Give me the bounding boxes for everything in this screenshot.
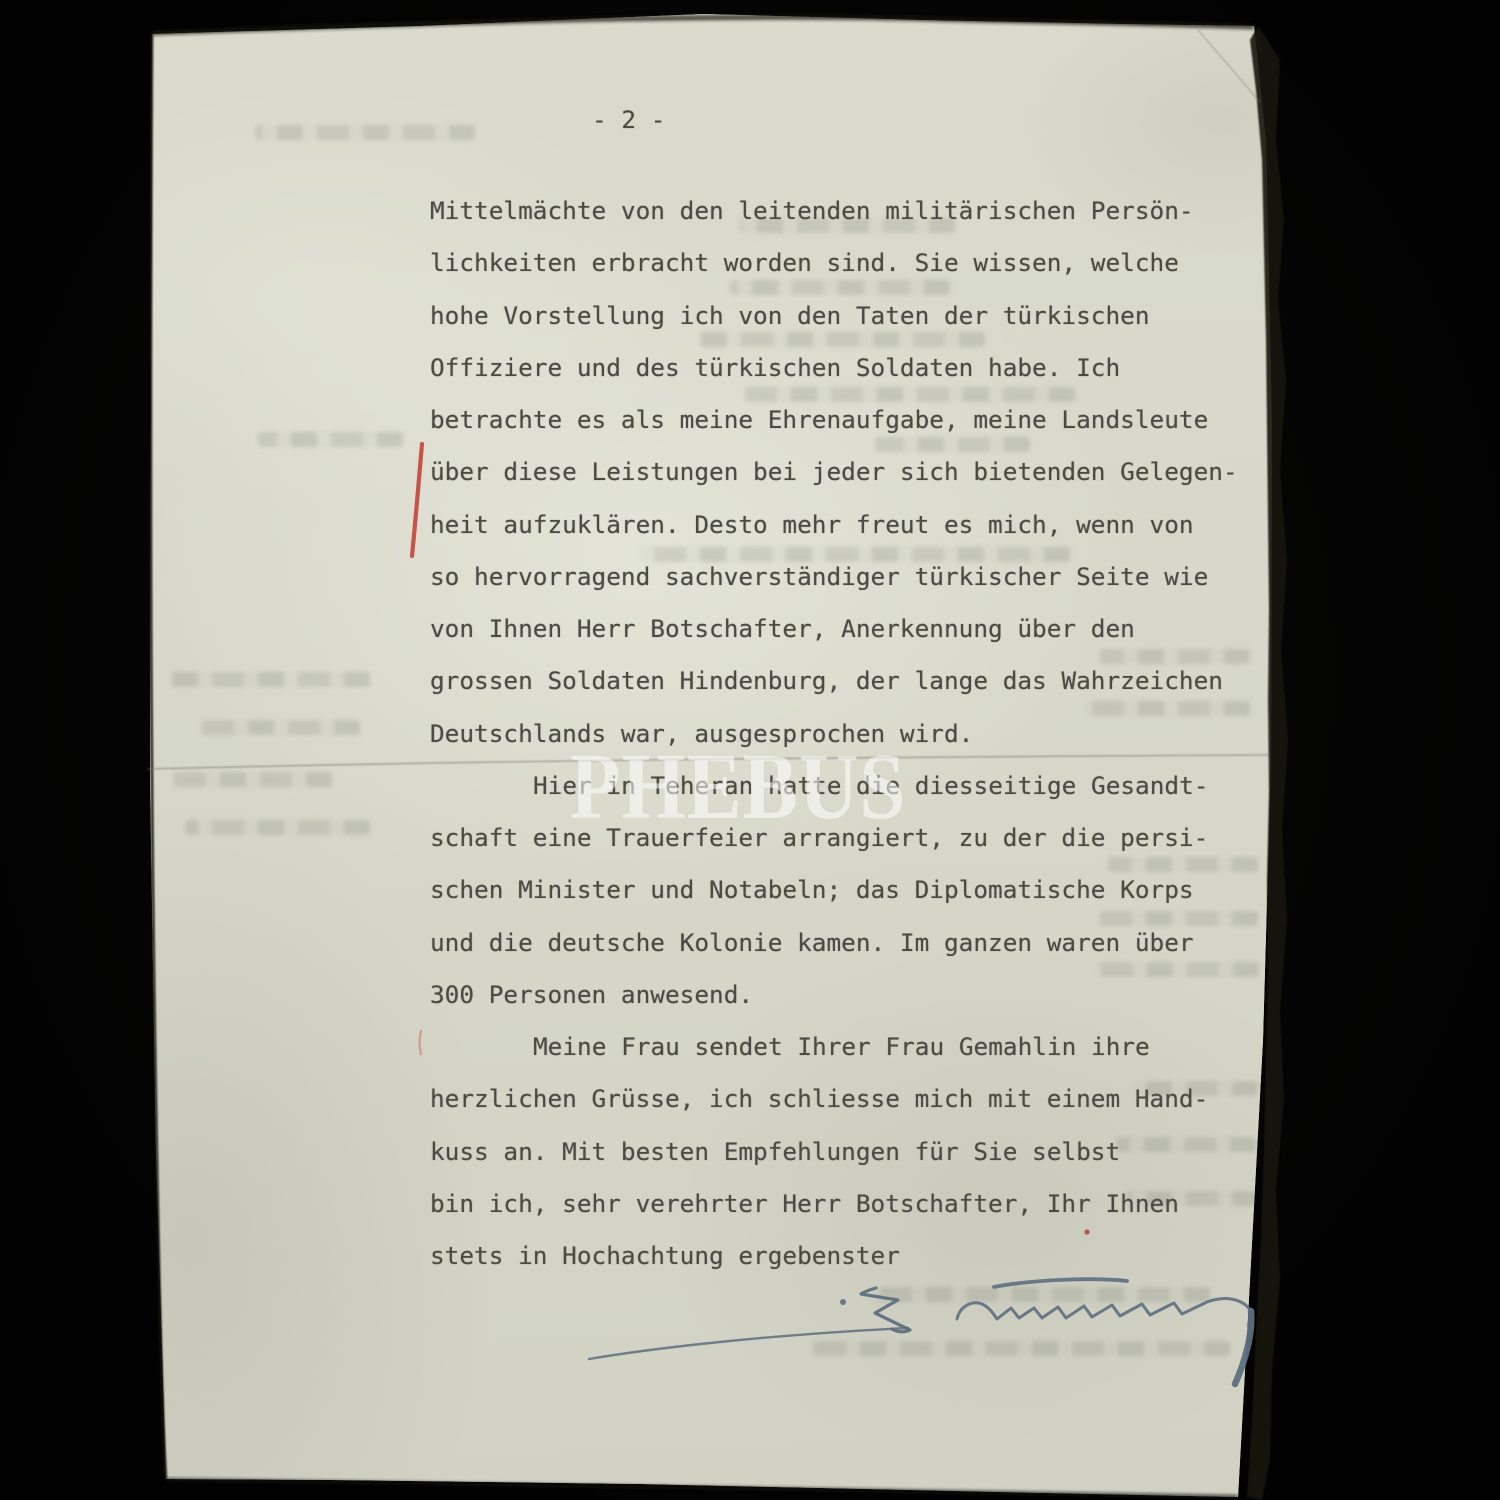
typed-text-block: Mittelmächte von den leitenden militäris… <box>430 185 1330 1282</box>
typed-line: 300 Personen anwesend. <box>430 969 1330 1021</box>
bleed-through-smudge <box>810 1341 1230 1356</box>
typed-line: bin ich, sehr verehrter Herr Botschafter… <box>430 1178 1330 1230</box>
typed-line: betrachte es als meine Ehrenaufgabe, mei… <box>430 394 1330 446</box>
photo-background: - 2 - Mittelmächte von den leitenden mil… <box>0 0 1500 1500</box>
typed-line: grossen Soldaten Hindenburg, der lange d… <box>430 655 1330 707</box>
typed-line: kuss an. Mit besten Empfehlungen für Sie… <box>430 1126 1330 1178</box>
page-number: - 2 - <box>592 106 665 134</box>
typed-line: schen Minister und Notabeln; das Diploma… <box>430 864 1330 916</box>
typed-line: hohe Vorstellung ich von den Taten der t… <box>430 290 1330 342</box>
typed-line: Offiziere und des türkischen Soldaten ha… <box>430 342 1330 394</box>
bleed-through-smudge <box>870 1287 1210 1302</box>
typed-line: Meine Frau sendet Ihrer Frau Gemahlin ih… <box>430 1021 1330 1073</box>
bleed-through-smudge <box>255 125 475 140</box>
typed-line: stets in Hochachtung ergebenster <box>430 1230 1330 1282</box>
watermark: PHEBUS <box>570 740 906 834</box>
typed-line: heit aufzuklären. Desto mehr freut es mi… <box>430 499 1330 551</box>
typed-line: über diese Leistungen bei jeder sich bie… <box>430 446 1330 498</box>
bleed-through-smudge <box>258 432 403 447</box>
bleed-through-smudge <box>200 720 360 735</box>
typed-line: herzlichen Grüsse, ich schliesse mich mi… <box>430 1073 1330 1125</box>
typed-line: und die deutsche Kolonie kamen. Im ganze… <box>430 917 1330 969</box>
typed-line: so hervorragend sachverständiger türkisc… <box>430 551 1330 603</box>
typed-line: Mittelmächte von den leitenden militäris… <box>430 185 1330 237</box>
typed-line: von Ihnen Herr Botschafter, Anerkennung … <box>430 603 1330 655</box>
bleed-through-smudge <box>170 672 370 687</box>
typed-line: lichkeiten erbracht worden sind. Sie wis… <box>430 237 1330 289</box>
bleed-through-smudge <box>172 772 332 787</box>
bleed-through-smudge <box>185 820 370 835</box>
